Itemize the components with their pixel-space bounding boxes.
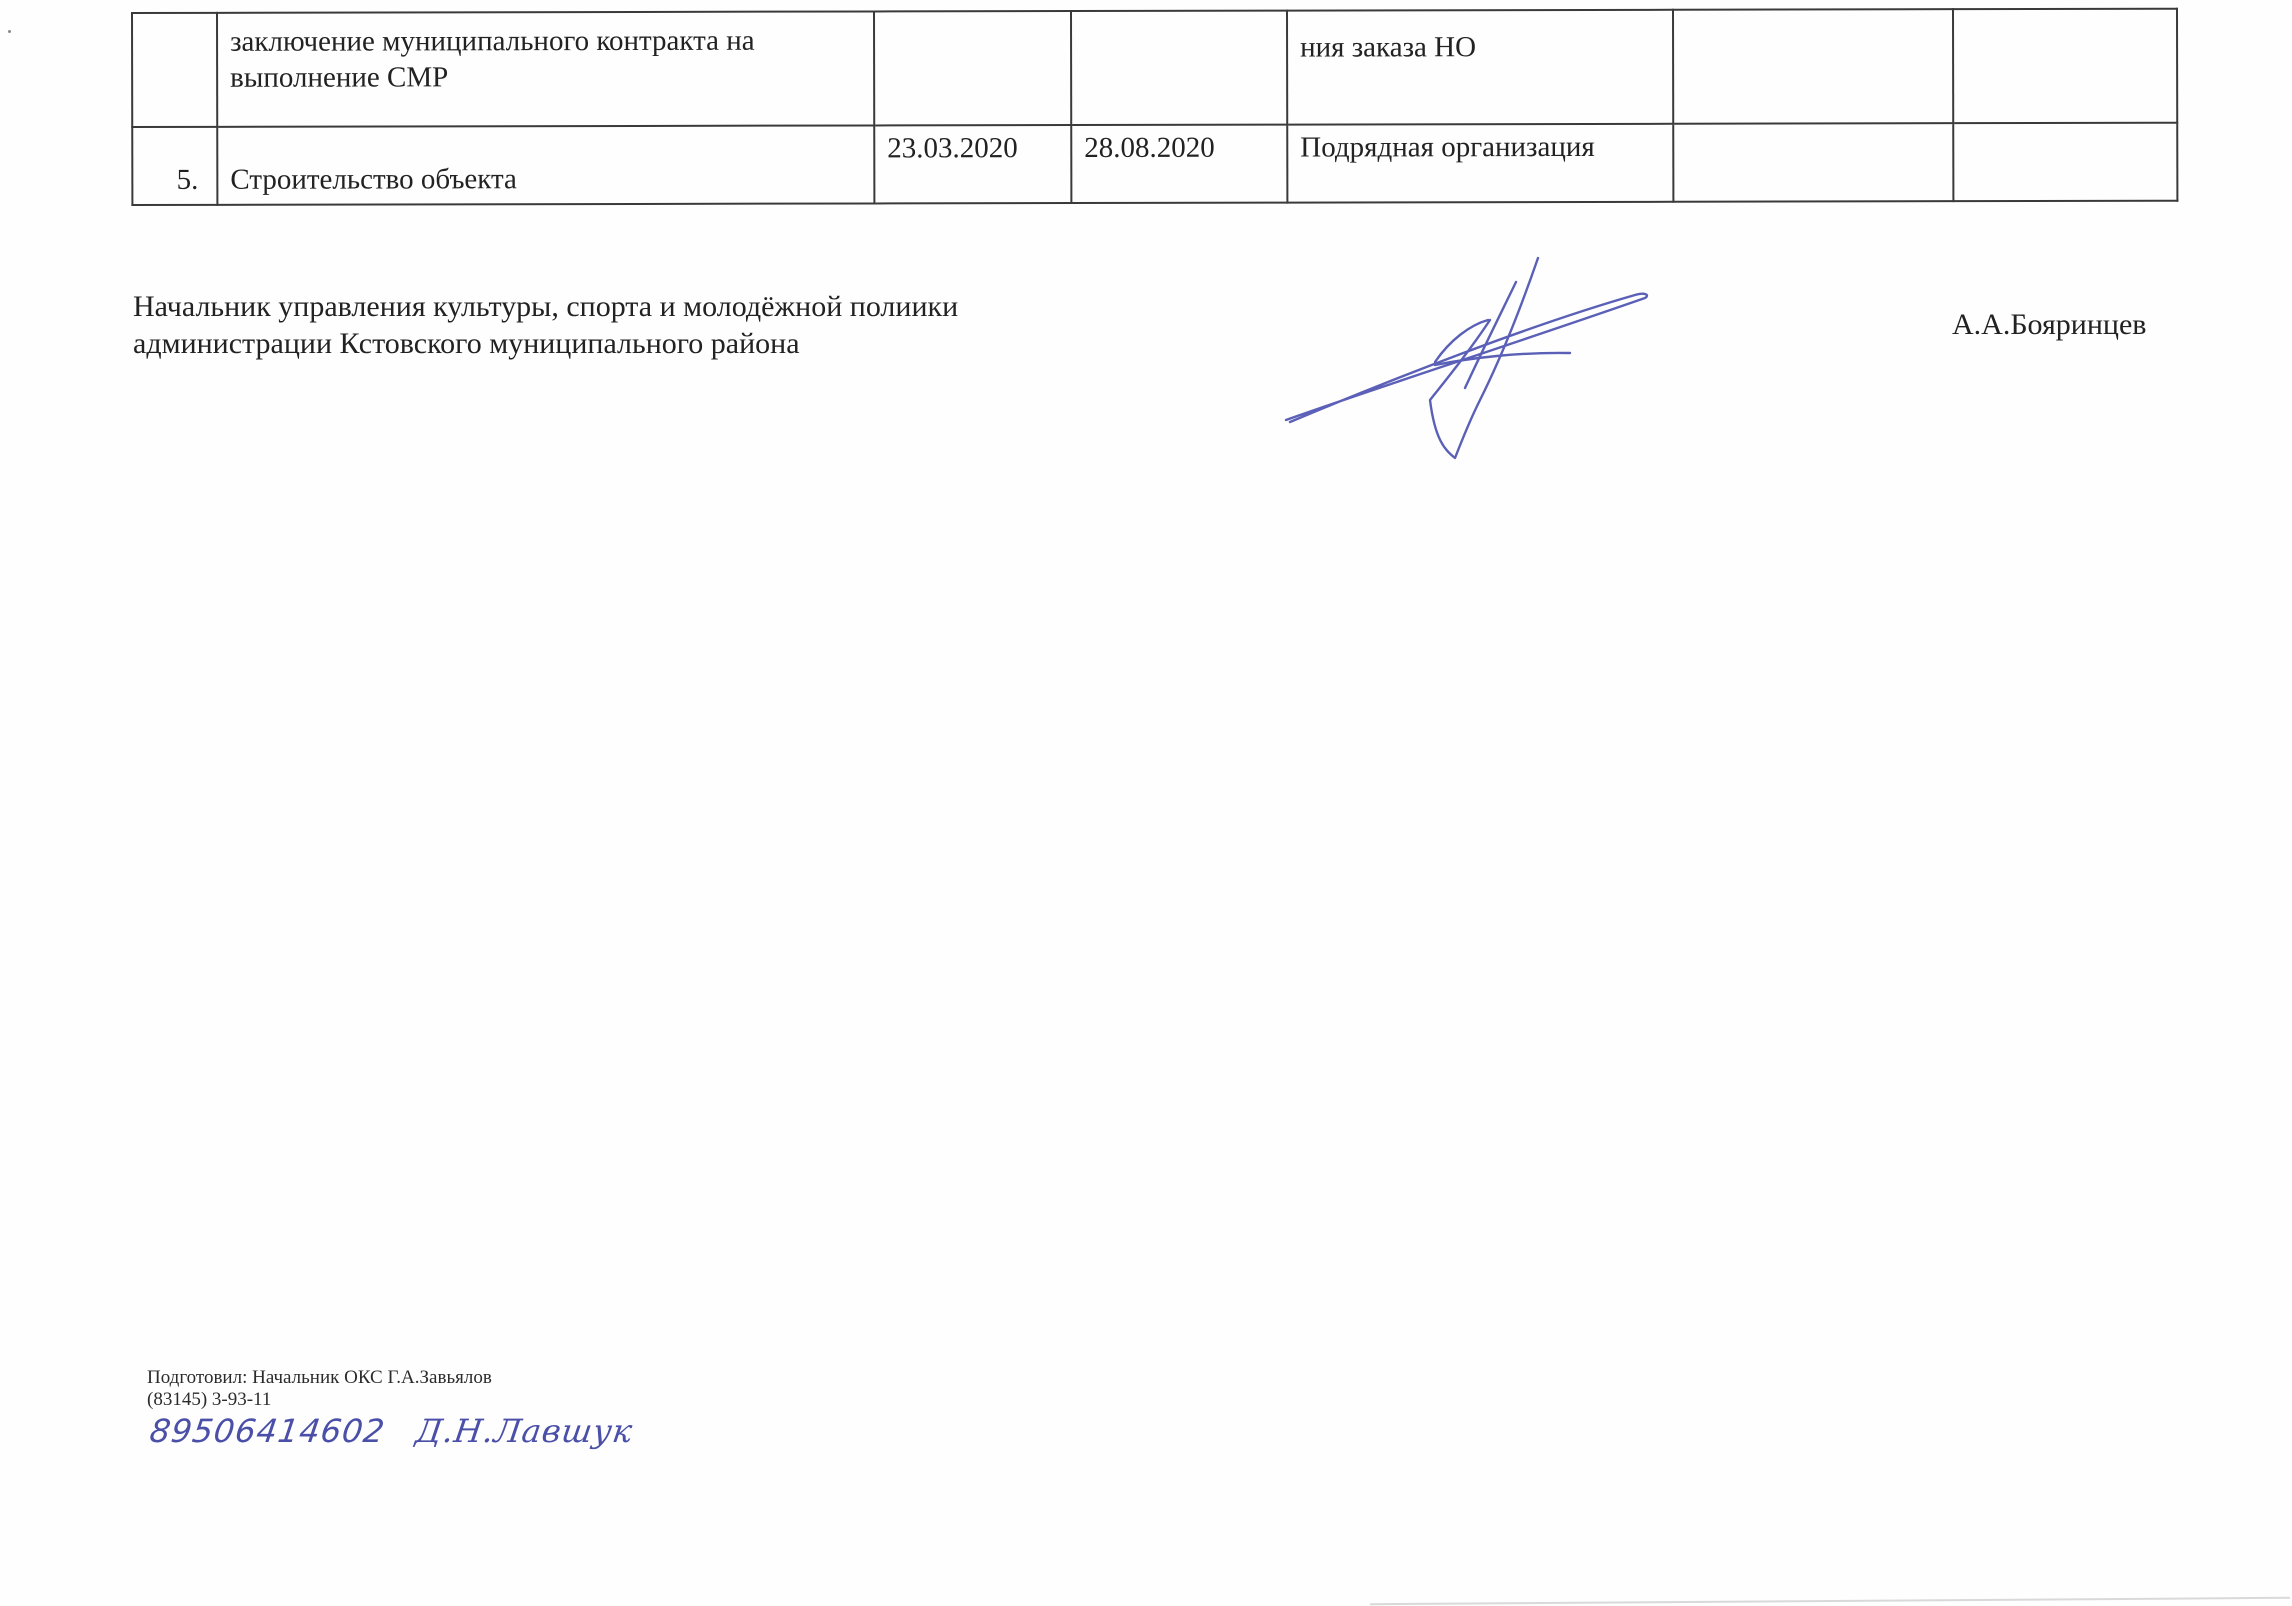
cell-stage-name: заключение муниципального контракта на в… (217, 11, 874, 126)
signer-position: Начальник управления культуры, спорта и … (133, 288, 958, 362)
scan-edge-line (1370, 1597, 2290, 1605)
cell-number (132, 13, 217, 127)
handwritten-signature-icon (1250, 240, 1700, 480)
cell-start-date (874, 11, 1071, 125)
cell-empty (1953, 9, 2177, 123)
cell-end-date: 28.08.2020 (1071, 125, 1287, 203)
prepared-by-phone: (83145) 3-93-11 (147, 1389, 492, 1411)
cell-number: 5. (132, 127, 217, 205)
signer-position-line1: Начальник управления культуры, спорта и … (133, 288, 958, 325)
signer-name: А.А.Бояринцев (1952, 308, 2146, 342)
scan-speck (8, 30, 11, 33)
cell-stage-name: Строительство объекта (217, 125, 874, 204)
cell-empty (1673, 123, 1953, 202)
handwritten-phone: 89506414602 (147, 1412, 387, 1450)
handwritten-name: Д.Н.Лавшук (413, 1412, 635, 1450)
prepared-by-block: Подготовил: Начальник ОКС Г.А.Завьялов (… (147, 1367, 492, 1411)
prepared-by-line: Подготовил: Начальник ОКС Г.А.Завьялов (147, 1367, 492, 1389)
table-row: заключение муниципального контракта на в… (132, 9, 2177, 127)
signer-position-line2: администрации Кстовского муниципального … (133, 325, 958, 362)
document-page: заключение муниципального контракта на в… (0, 0, 2292, 1606)
cell-responsible: ния заказа НО (1287, 10, 1673, 125)
handwritten-note: 89506414602 Д.Н.Лавшук (147, 1412, 635, 1450)
cell-empty (1953, 123, 2177, 201)
schedule-table: заключение муниципального контракта на в… (131, 8, 2178, 206)
cell-responsible: Подрядная организация (1287, 124, 1673, 203)
cell-start-date: 23.03.2020 (874, 125, 1071, 203)
cell-empty (1673, 9, 1953, 124)
table-row: 5. Строительство объекта 23.03.2020 28.0… (132, 123, 2177, 205)
cell-end-date (1071, 11, 1287, 125)
